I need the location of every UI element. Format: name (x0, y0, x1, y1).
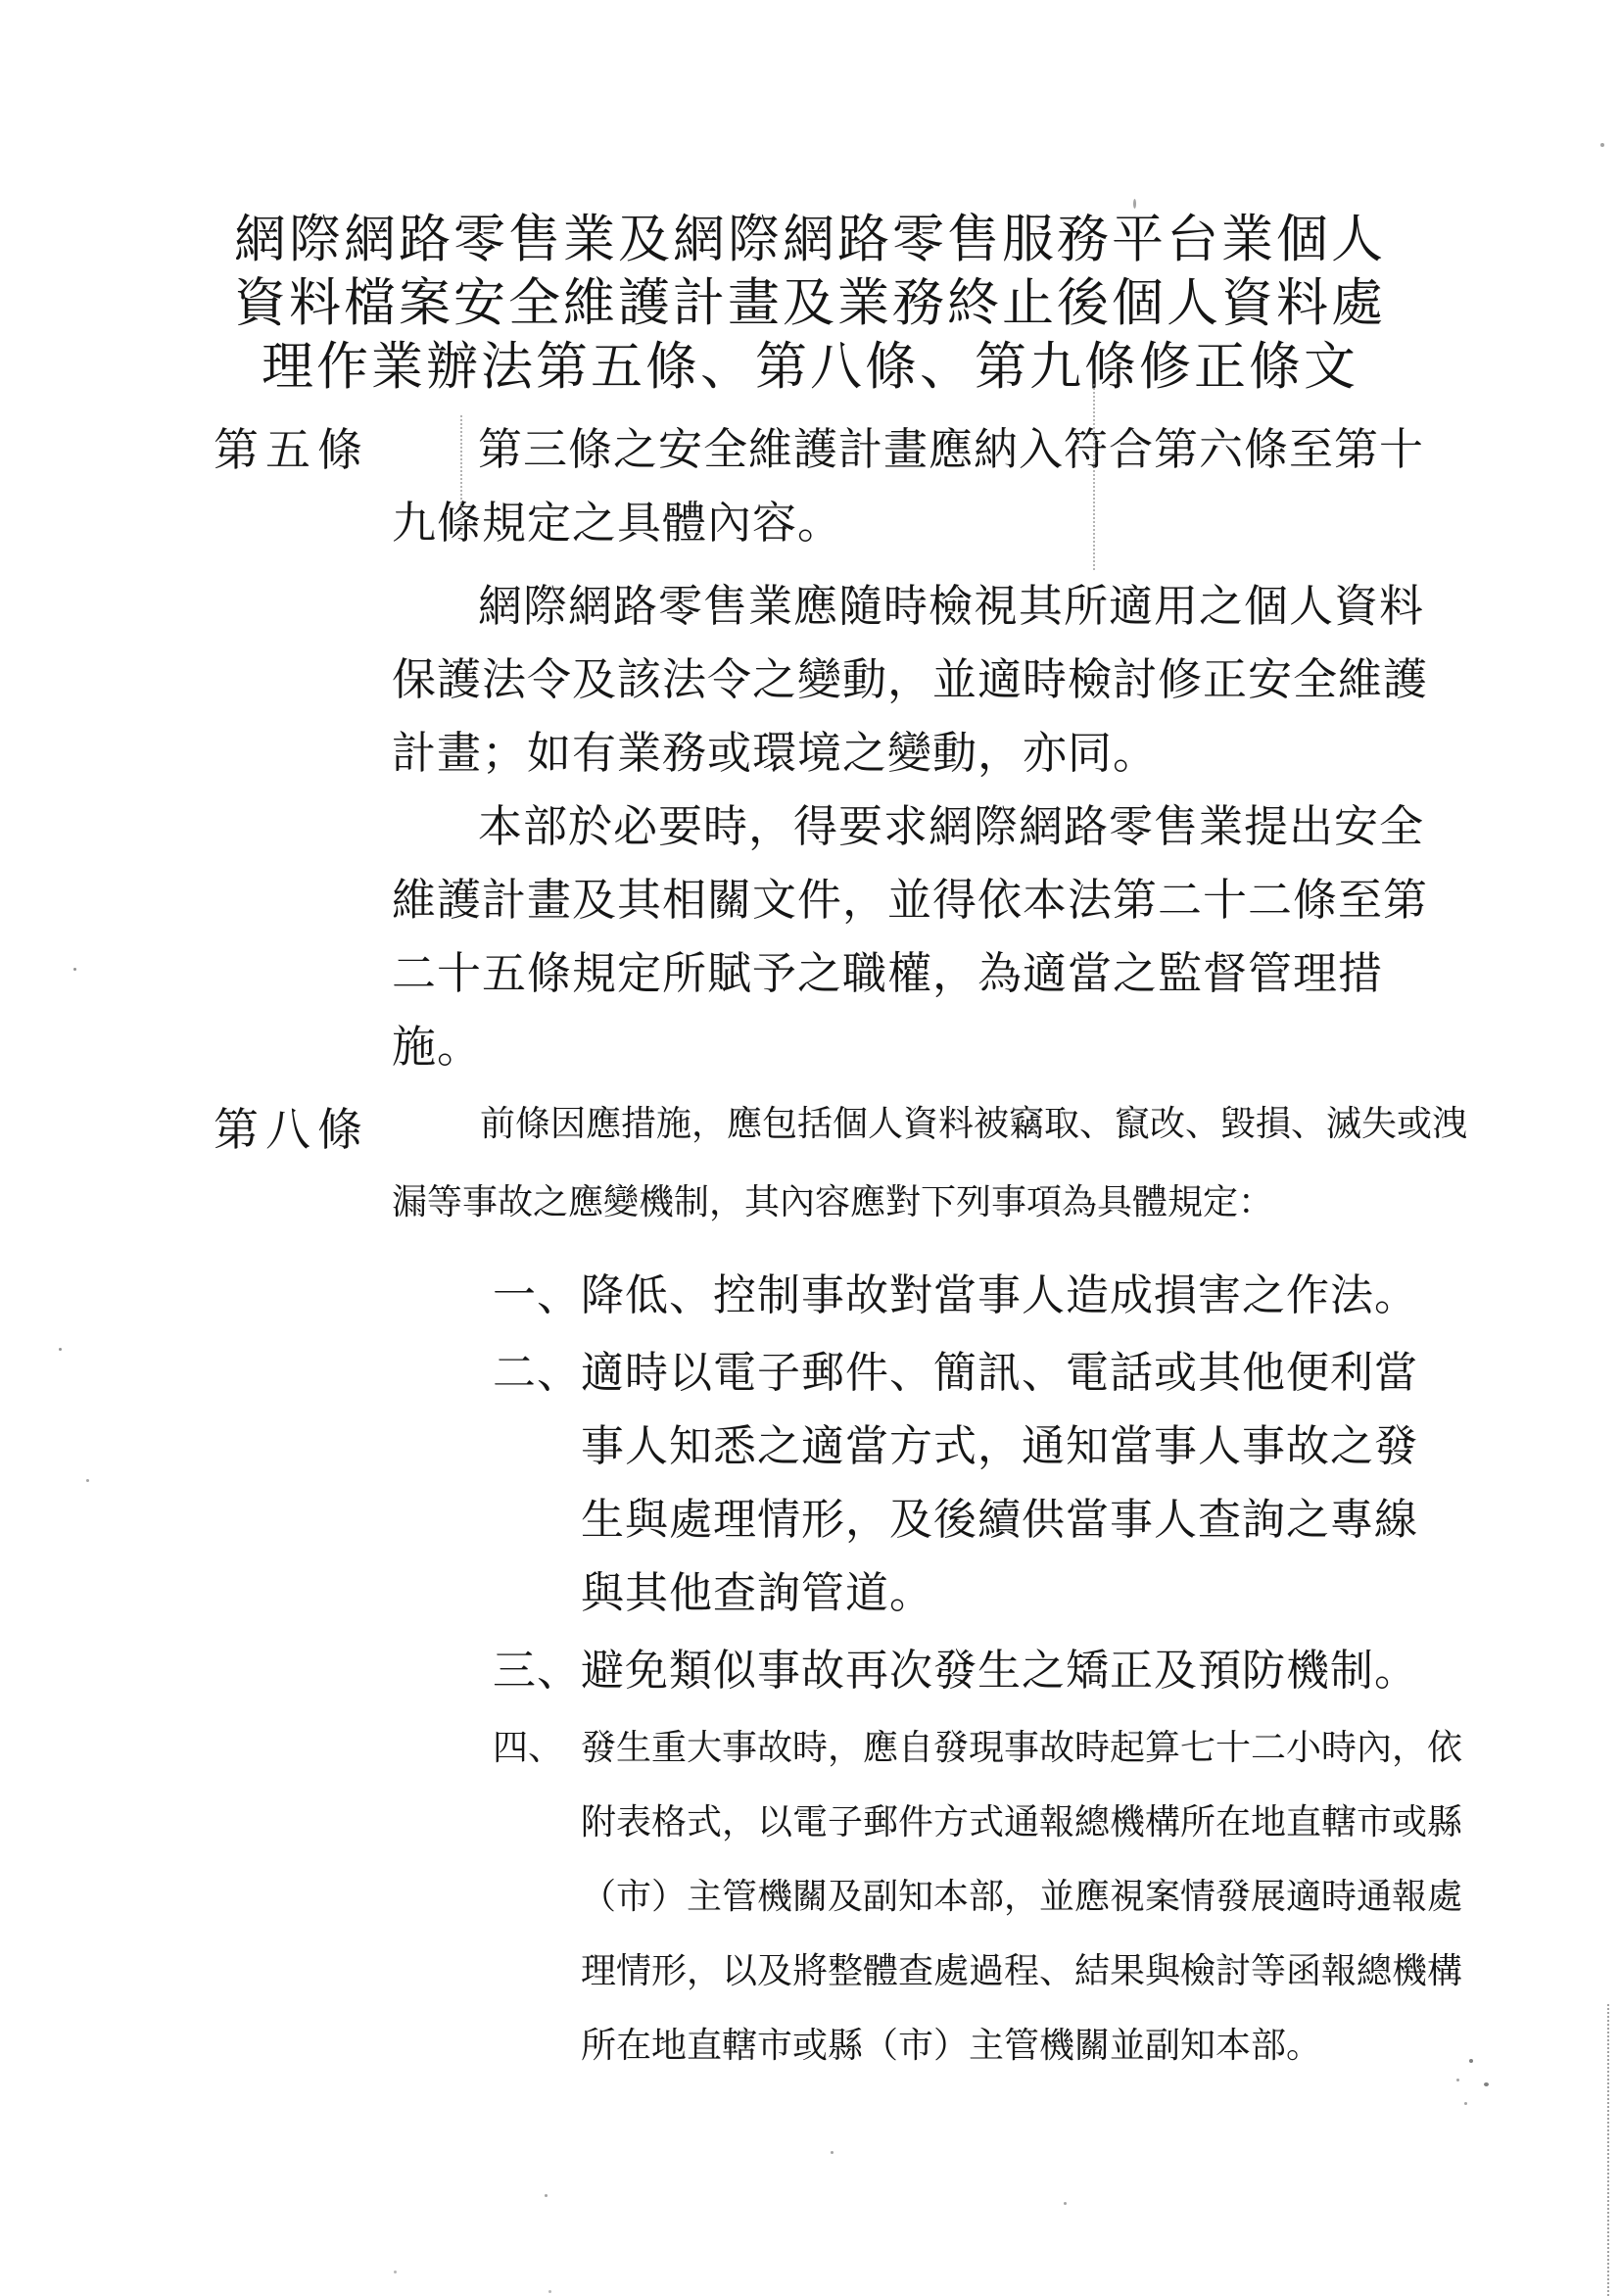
article8-body: 前條因應措施，應包括個人資料被竊取、竄改、毀損、滅失或洩 漏等事故之應變機制，其… (392, 1085, 1508, 2087)
scan-speck (1456, 2079, 1459, 2081)
paragraph-line: 計畫；如有業務或環境之變動，亦同。 (392, 716, 1450, 789)
scan-speck (59, 1348, 62, 1351)
article8-intro: 前條因應措施，應包括個人資料被竊取、竄改、毀損、滅失或洩 漏等事故之應變機制，其… (392, 1085, 1508, 1242)
list-item-marker: 二、 (493, 1336, 581, 1410)
list-item-line: 發生重大事故時，應自發現事故時起算七十二小時內，依 (581, 1711, 1462, 1786)
paragraph-line: 第三條之安全維護計畫應納入符合第六條至第十 (392, 412, 1450, 486)
list-item-line: 附表格式，以電子郵件方式通報總機構所在地直轄市或縣 (581, 1786, 1462, 1860)
paragraph-line: 二十五條規定所賦予之職權，為適當之監督管理措 (392, 936, 1450, 1010)
scan-speck (548, 2290, 551, 2293)
paragraph-line: 本部於必要時，得要求網際網路零售業提出安全 (392, 789, 1450, 863)
scan-speck (831, 2151, 834, 2154)
list-item-3: 三、 避免類似事故再次發生之矯正及預防機制。 (493, 1634, 1508, 1707)
list-item-text: 適時以電子郵件、簡訊、電話或其他便利當 事人知悉之適當方式，通知當事人事故之發 … (581, 1336, 1418, 1630)
list-item-line: 與其他查詢管道。 (581, 1556, 1418, 1630)
article5-label: 第五條 (214, 421, 369, 478)
list-item-line: 適時以電子郵件、簡訊、電話或其他便利當 (581, 1336, 1418, 1410)
paragraph-line: 九條規定之具體內容。 (392, 486, 1450, 559)
list-item-1: 一、 降低、控制事故對當事人造成損害之作法。 (493, 1259, 1508, 1332)
scan-dotted-line-artifact (460, 415, 462, 535)
paragraph-line: 保護法令及該法令之變動，並適時檢討修正安全維護 (392, 643, 1450, 716)
scan-speck (1064, 2202, 1067, 2205)
list-item-text: 避免類似事故再次發生之矯正及預防機制。 (581, 1634, 1418, 1707)
paragraph-line: 網際網路零售業應隨時檢視其所適用之個人資料 (392, 569, 1450, 643)
list-item-line: 理情形，以及將整體查處過程、結果與檢討等函報總機構 (581, 1935, 1462, 2009)
scanned-document-page: 網際網路零售業及網際網路零售服務平台業個人 資料檔案安全維護計畫及業務終止後個人… (0, 0, 1620, 2296)
scan-dotted-line-artifact (1607, 2004, 1609, 2296)
paragraph-line: 施。 (392, 1010, 1450, 1083)
scan-speck (545, 2194, 548, 2197)
list-item-line: （市）主管機關及副知本部，並應視案情發展適時通報處 (581, 1860, 1462, 1935)
list-item-4: 四、 發生重大事故時，應自發現事故時起算七十二小時內，依 附表格式，以電子郵件方… (493, 1711, 1508, 2083)
document-title: 網際網路零售業及網際網路零售服務平台業個人 資料檔案安全維護計畫及業務終止後個人… (0, 208, 1620, 399)
list-item-line: 所在地直轄市或縣（市）主管機關並副知本部。 (581, 2009, 1462, 2083)
list-item-line: 避免類似事故再次發生之矯正及預防機制。 (581, 1634, 1418, 1707)
list-item-2: 二、 適時以電子郵件、簡訊、電話或其他便利當 事人知悉之適當方式，通知當事人事故… (493, 1336, 1508, 1630)
scan-speck (394, 2271, 397, 2273)
title-line-3: 理作業辦法第五條、第八條、第九條修正條文 (0, 335, 1620, 399)
list-item-line: 降低、控制事故對當事人造成損害之作法。 (581, 1259, 1418, 1332)
list-item-text: 降低、控制事故對當事人造成損害之作法。 (581, 1259, 1418, 1332)
list-item-marker: 一、 (493, 1259, 581, 1332)
scan-dotted-line-artifact (1093, 384, 1095, 570)
paragraph-line: 維護計畫及其相關文件，並得依本法第二十二條至第 (392, 863, 1450, 936)
article8-item-list: 一、 降低、控制事故對當事人造成損害之作法。 二、 適時以電子郵件、簡訊、電話或… (392, 1259, 1508, 2083)
scan-speck (1484, 2082, 1489, 2086)
title-line-1: 網際網路零售業及網際網路零售服務平台業個人 (0, 208, 1620, 271)
list-item-line: 生與處理情形，及後續供當事人查詢之專線 (581, 1483, 1418, 1556)
scan-speck (1469, 2059, 1473, 2063)
list-item-line: 事人知悉之適當方式，通知當事人事故之發 (581, 1410, 1418, 1483)
scan-speck (1464, 2102, 1467, 2105)
scan-speck (1600, 143, 1604, 147)
article5-paragraph-3: 本部於必要時，得要求網際網路零售業提出安全 維護計畫及其相關文件，並得依本法第二… (392, 789, 1450, 1083)
title-line-2: 資料檔案安全維護計畫及業務終止後個人資料處 (0, 271, 1620, 335)
intro-line: 漏等事故之應變機制，其內容應對下列事項為具體規定： (392, 1164, 1508, 1242)
scan-speck (86, 1479, 89, 1482)
intro-line: 前條因應措施，應包括個人資料被竊取、竄改、毀損、滅失或洩 (392, 1085, 1508, 1164)
article5-body: 第三條之安全維護計畫應納入符合第六條至第十 九條規定之具體內容。 網際網路零售業… (392, 412, 1450, 1083)
article5-paragraph-1: 第三條之安全維護計畫應納入符合第六條至第十 九條規定之具體內容。 (392, 412, 1450, 559)
scan-speck (1133, 199, 1136, 209)
list-item-text: 發生重大事故時，應自發現事故時起算七十二小時內，依 附表格式，以電子郵件方式通報… (581, 1711, 1462, 2083)
article8-label: 第八條 (214, 1101, 369, 1158)
list-item-marker: 四、 (493, 1711, 581, 1786)
scan-speck (73, 968, 76, 971)
article5-paragraph-2: 網際網路零售業應隨時檢視其所適用之個人資料 保護法令及該法令之變動，並適時檢討修… (392, 569, 1450, 789)
list-item-marker: 三、 (493, 1634, 581, 1707)
